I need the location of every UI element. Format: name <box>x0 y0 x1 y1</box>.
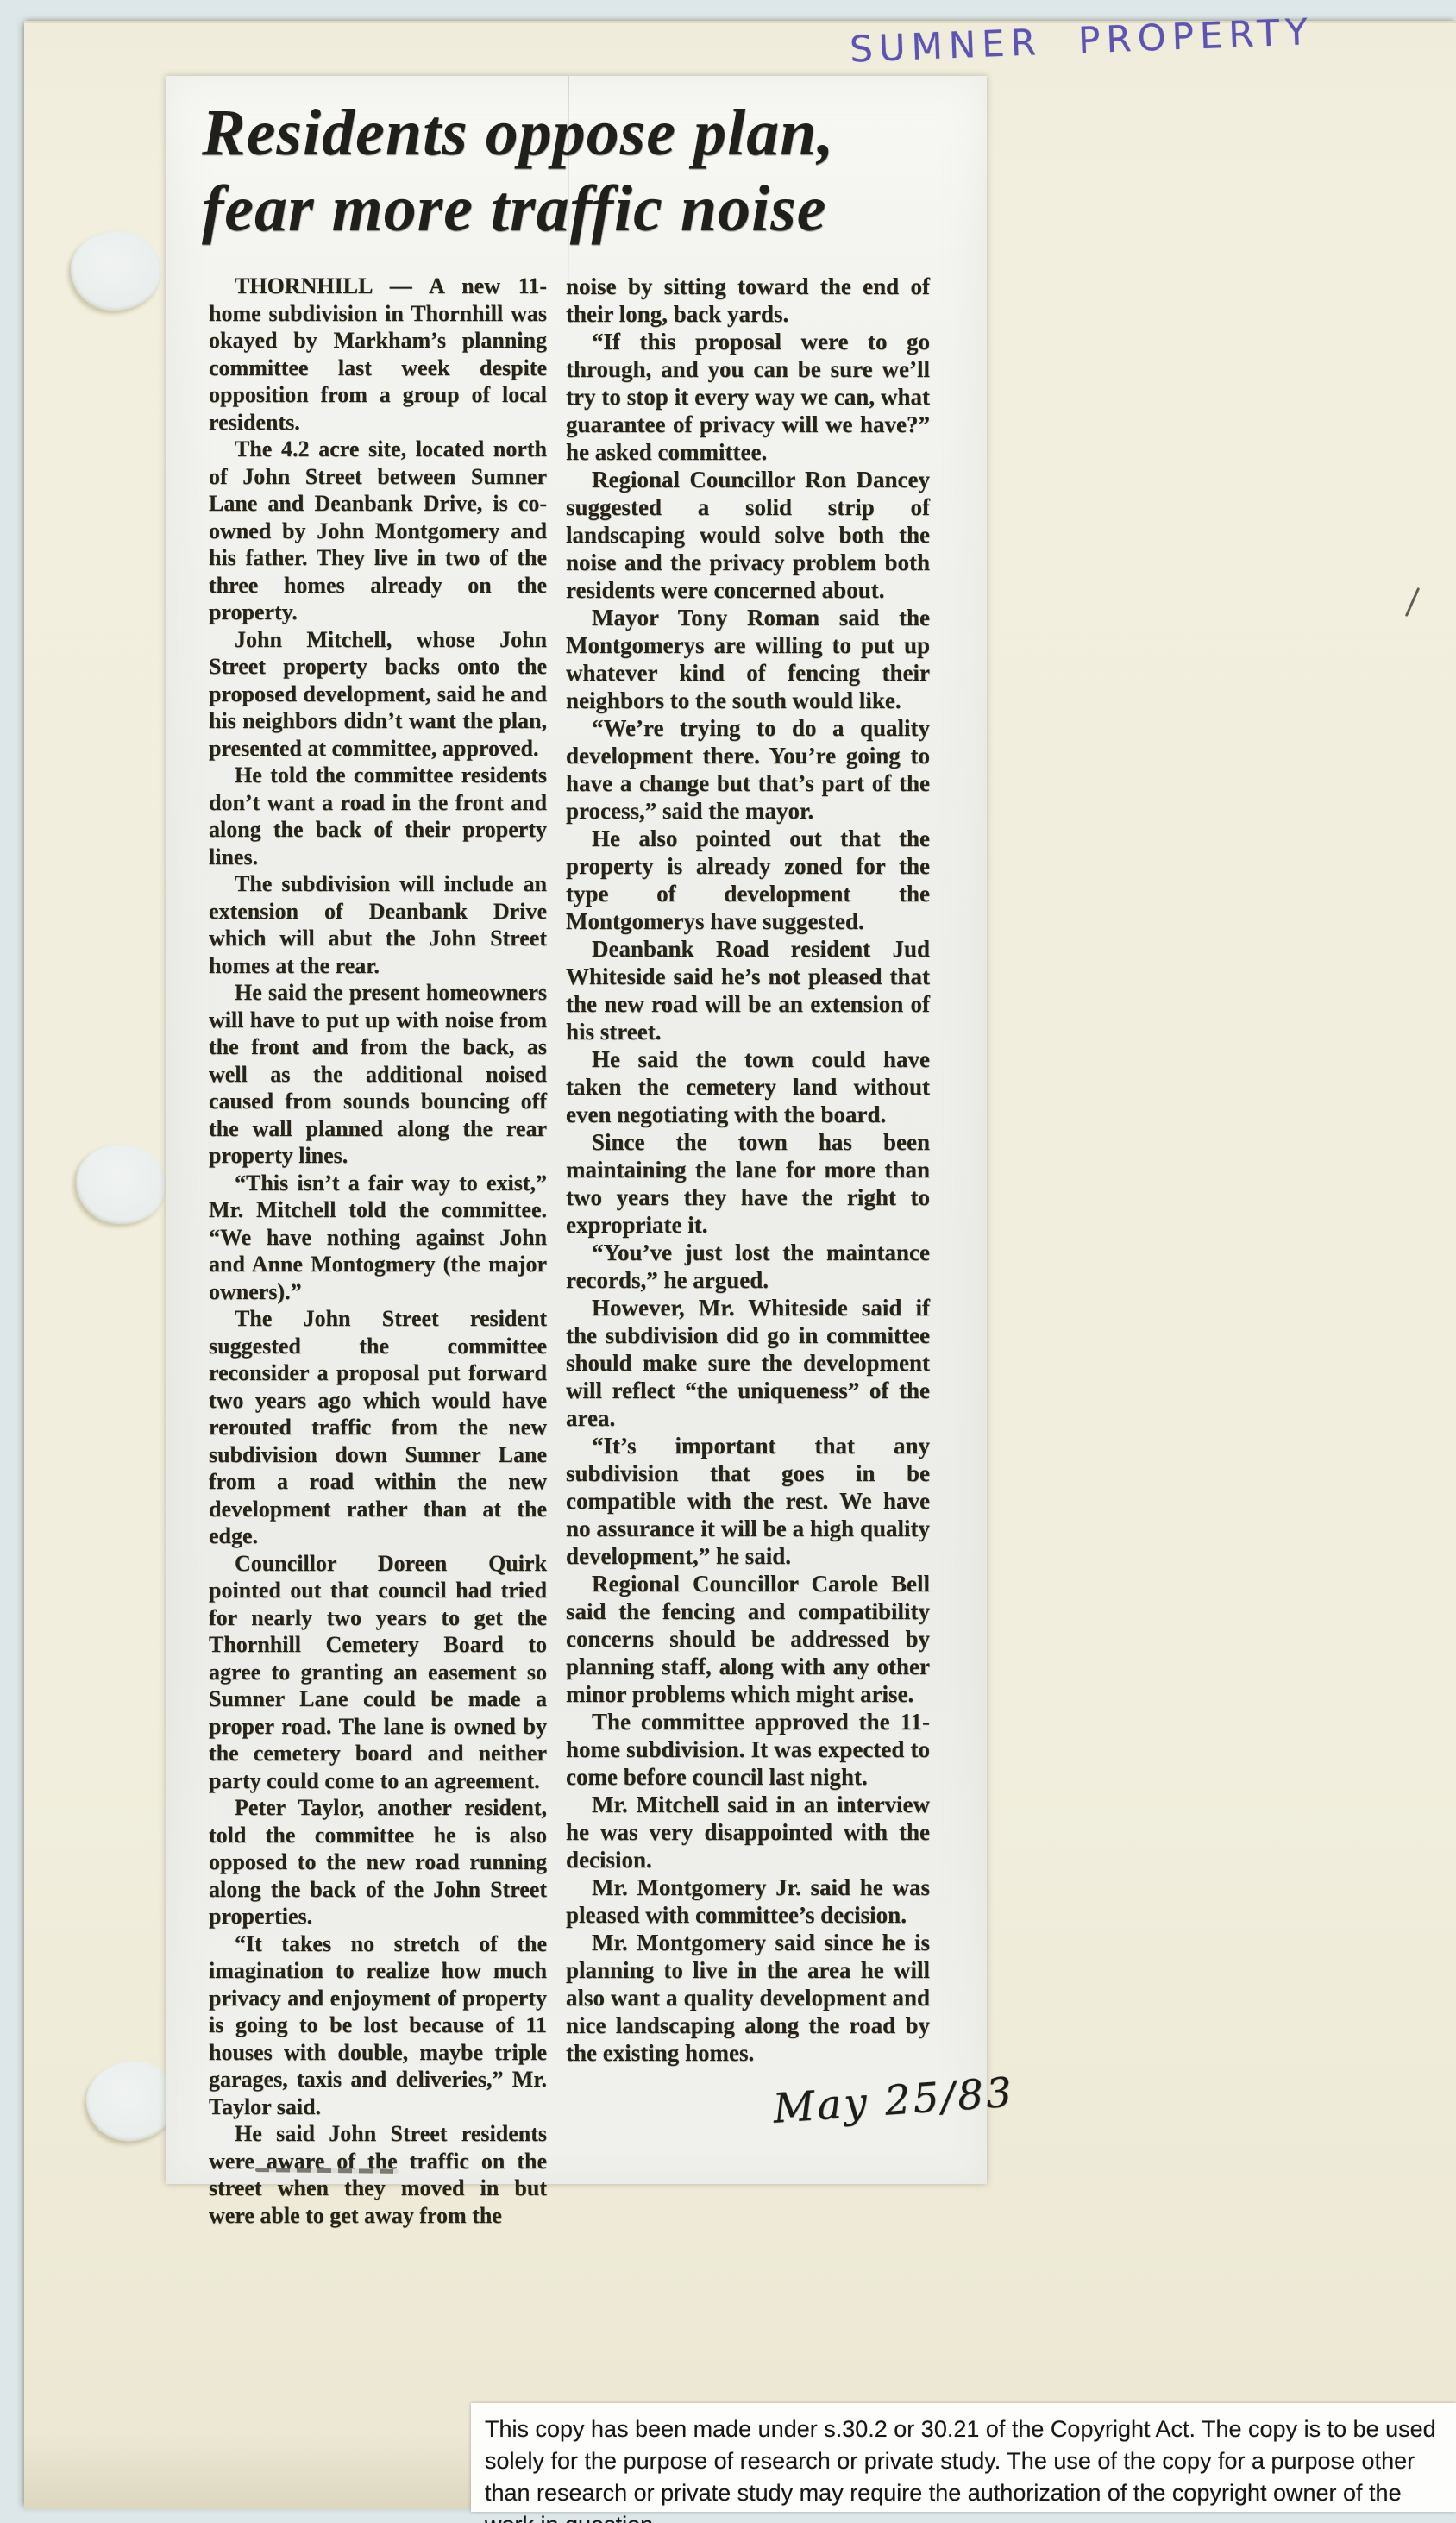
article-paragraph: He said the present homeowners will have… <box>209 979 547 1170</box>
article-paragraph: However, Mr. Whiteside said if the subdi… <box>566 1294 930 1432</box>
article-column-left: THORNHILL — A new 11-home subdivision in… <box>209 273 547 2229</box>
article-paragraph: The 4.2 acre site, located north of John… <box>209 436 547 626</box>
article-paragraph: The John Street resident suggested the c… <box>209 1305 547 1550</box>
copyright-notice: This copy has been made under s.30.2 or … <box>471 2403 1456 2512</box>
headline-line-1: Residents oppose plan, <box>202 95 964 171</box>
article-paragraph: noise by sitting toward the end of their… <box>566 273 930 328</box>
article-paragraph: Regional Councillor Ron Dancey suggested… <box>566 466 930 604</box>
article-paragraph: Mr. Montgomery Jr. said he was pleased w… <box>566 1873 930 1929</box>
article-paragraph: He told the committee residents don’t wa… <box>209 762 547 870</box>
article-paragraph: Councillor Doreen Quirk pointed out that… <box>209 1550 547 1795</box>
article-paragraph: “You’ve just lost the maintance records,… <box>566 1239 930 1294</box>
article-paragraph: Since the town has been maintaining the … <box>566 1128 930 1239</box>
article-paragraph: THORNHILL — A new 11-home subdivision in… <box>209 273 547 436</box>
article-paragraph: The subdivision will include an extensio… <box>209 870 547 979</box>
article-paragraph: John Mitchell, whose John Street propert… <box>209 626 547 763</box>
article-column-right: noise by sitting toward the end of their… <box>566 273 930 2229</box>
article-headline: Residents oppose plan, fear more traffic… <box>202 95 964 247</box>
article-paragraph: He said John Street residents were aware… <box>209 2120 547 2229</box>
scanned-page: SUMNER PROPERTY Residents oppose plan, f… <box>0 0 1456 2523</box>
article-paragraph: Mayor Tony Roman said the Montgomerys ar… <box>566 604 930 714</box>
article-paragraph: “We’re trying to do a quality developmen… <box>566 714 930 825</box>
article-paragraph: “It takes no stretch of the imagination … <box>209 1930 547 2121</box>
punch-hole <box>71 231 160 311</box>
headline-line-2: fear more traffic noise <box>202 171 964 247</box>
article-body: THORNHILL — A new 11-home subdivision in… <box>209 273 930 2229</box>
article-paragraph: Peter Taylor, another resident, told the… <box>209 1794 547 1930</box>
article-paragraph: Mr. Montgomery said since he is planning… <box>566 1929 930 2067</box>
article-paragraph: “If this proposal were to go through, an… <box>566 328 930 466</box>
article-paragraph: “It’s important that any subdivision tha… <box>566 1432 930 1570</box>
article-paragraph: He said the town could have taken the ce… <box>566 1045 930 1128</box>
article-paragraph: Deanbank Road resident Jud Whiteside sai… <box>566 935 930 1045</box>
article-paragraph: Mr. Mitchell said in an interview he was… <box>566 1791 930 1873</box>
article-paragraph: He also pointed out that the property is… <box>566 825 930 935</box>
article-paragraph: “This isn’t a fair way to exist,” Mr. Mi… <box>209 1170 547 1306</box>
article-paragraph: Regional Councillor Carole Bell said the… <box>566 1570 930 1708</box>
article-paragraph: The committee approved the 11-home subdi… <box>566 1708 930 1791</box>
newspaper-clipping: Residents oppose plan, fear more traffic… <box>166 76 987 2184</box>
